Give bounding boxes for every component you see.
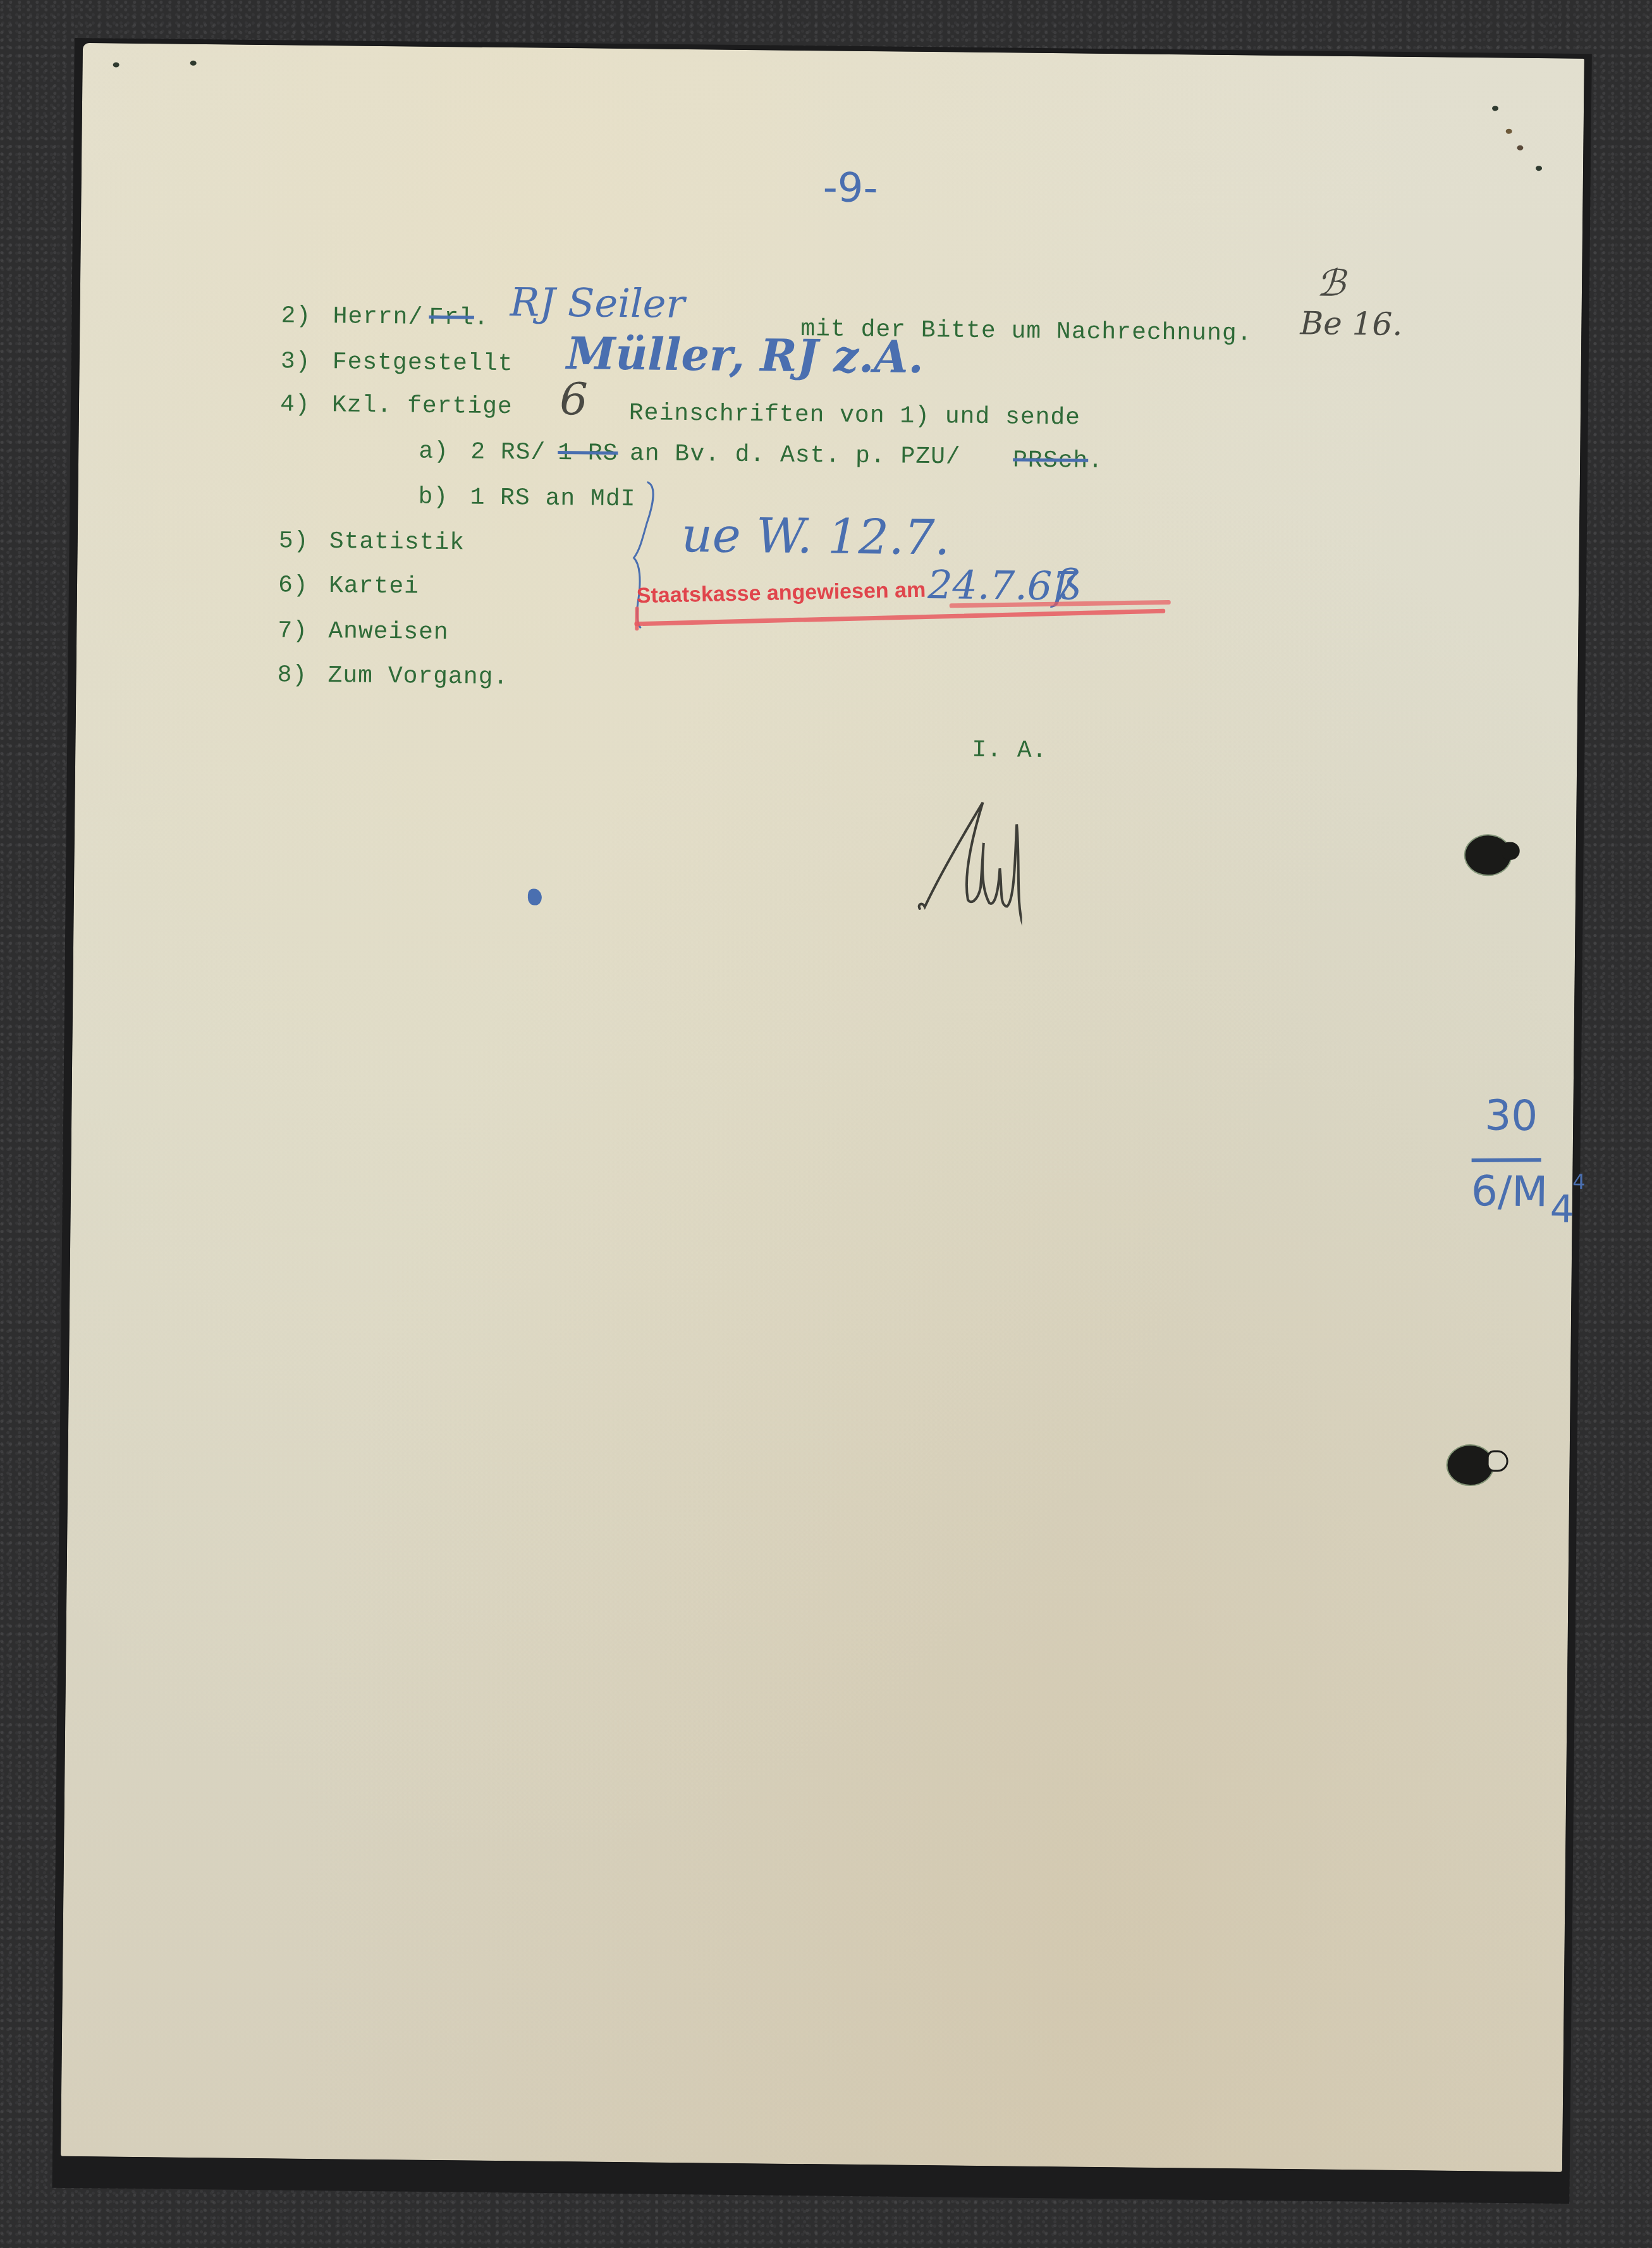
- handwritten-name: RJ Seiler: [510, 283, 685, 324]
- subitem-label: a): [419, 440, 449, 464]
- paper-speck: [113, 63, 119, 68]
- handwritten-count: 6: [560, 377, 588, 421]
- margin-note-suffix: 4: [1550, 1190, 1574, 1228]
- stamp-text: Staatskasse angewiesen am: [637, 579, 926, 607]
- pencil-initials: Be 16.: [1300, 307, 1402, 340]
- paper-speck: [1517, 145, 1523, 150]
- paper-speck: [1492, 106, 1498, 111]
- item-number: 4): [280, 393, 310, 417]
- margin-note-denominator: 6/M: [1471, 1170, 1548, 1213]
- item-text-prefix: Kzl. fertige: [332, 393, 513, 419]
- punch-hole-tab: [1486, 1450, 1508, 1471]
- paper-speck: [1506, 129, 1512, 134]
- item-text: Anweisen: [328, 620, 449, 645]
- paper-speck: [1536, 166, 1542, 171]
- handwritten-note: ue W. 12.7.: [682, 511, 950, 562]
- pencil-paraph: ℬ: [1316, 264, 1345, 301]
- struck-text: PRSch: [1013, 448, 1088, 473]
- struck-text: 1 RS: [558, 441, 618, 466]
- struck-text: Frl: [429, 306, 474, 331]
- item-text: Zum Vorgang.: [327, 664, 508, 690]
- subitem-text: 1 RS an MdI: [470, 486, 635, 512]
- fraction-bar: [1472, 1158, 1541, 1162]
- subitem-text-middle: an Bv. d. Ast. p. PZU/: [615, 442, 961, 470]
- subitem-text-before: 2 RS/: [470, 440, 546, 465]
- item-text: Festgestellt: [333, 350, 513, 376]
- signature-icon: [914, 798, 1023, 926]
- page-number: -9-: [823, 168, 878, 209]
- document-page: -9- 2) Herrn/ Frl . RJ Seiler mit der Bi…: [61, 43, 1584, 2172]
- item-number: 8): [277, 663, 307, 687]
- signature-label: I. A.: [972, 739, 1047, 763]
- item-number: 7): [278, 619, 308, 643]
- item-text-dot: .: [474, 307, 489, 331]
- item-text-prefix: Herrn/: [333, 305, 423, 329]
- margin-note-numerator: 30: [1484, 1095, 1538, 1137]
- stamp-edge: [635, 606, 639, 630]
- punch-hole-tab: [1502, 842, 1520, 860]
- ink-blot: [528, 888, 542, 905]
- item-text: Kartei: [329, 574, 419, 599]
- paper-speck: [190, 61, 197, 66]
- subitem-label: b): [418, 486, 448, 510]
- handwritten-signature: Müller, RJ z.A.: [566, 331, 924, 379]
- item-text-suffix: Reinschriften von 1) und sende: [629, 402, 1080, 430]
- item-number: 3): [281, 350, 311, 374]
- margin-note-superscript: 4: [1572, 1172, 1586, 1192]
- subitem-text-end: .: [1088, 450, 1103, 474]
- item-number: 6): [278, 574, 309, 598]
- handwritten-brace-icon: [627, 479, 666, 631]
- stamp-initials: ß: [1054, 564, 1082, 606]
- item-text: Statistik: [329, 530, 465, 555]
- item-number: 5): [279, 529, 309, 553]
- stamp-underline: [634, 609, 1165, 627]
- item-number: 2): [281, 304, 311, 328]
